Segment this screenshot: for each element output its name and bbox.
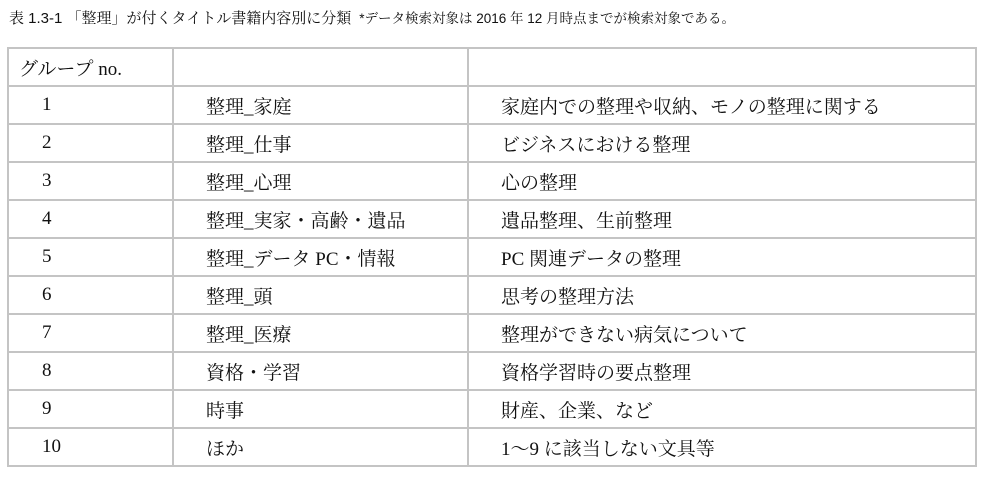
table-row: 4 整理_実家・高齢・遺品 遺品整理、生前整理: [8, 200, 976, 238]
description-cell: 心の整理: [468, 162, 976, 200]
group-no-cell: 6: [8, 276, 173, 314]
group-no-cell: 9: [8, 390, 173, 428]
classification-table: グループ no. 1 整理_家庭 家庭内での整理や収納、モノの整理に関する 2 …: [7, 47, 977, 467]
category-cell: 整理_医療: [173, 314, 468, 352]
category-cell: 整理_頭: [173, 276, 468, 314]
category-cell: 整理_データ PC・情報: [173, 238, 468, 276]
table-row: 10 ほか 1～9 に該当しない文具等: [8, 428, 976, 466]
description-cell: 整理ができない病気について: [468, 314, 976, 352]
group-no-cell: 2: [8, 124, 173, 162]
table-row: 1 整理_家庭 家庭内での整理や収納、モノの整理に関する: [8, 86, 976, 124]
table-caption: 表 1.3-1 「整理」が付くタイトル書籍内容別に分類*データ検索対象は 201…: [9, 9, 735, 29]
table-row: 8 資格・学習 資格学習時の要点整理: [8, 352, 976, 390]
description-cell: 財産、企業、など: [468, 390, 976, 428]
table-row: 6 整理_頭 思考の整理方法: [8, 276, 976, 314]
group-no-cell: 10: [8, 428, 173, 466]
category-cell: 整理_実家・高齢・遺品: [173, 200, 468, 238]
group-no-cell: 4: [8, 200, 173, 238]
group-no-cell: 1: [8, 86, 173, 124]
description-cell: ビジネスにおける整理: [468, 124, 976, 162]
table-header-row: グループ no.: [8, 48, 976, 86]
table-row: 2 整理_仕事 ビジネスにおける整理: [8, 124, 976, 162]
description-cell: 家庭内での整理や収納、モノの整理に関する: [468, 86, 976, 124]
table-row: 7 整理_医療 整理ができない病気について: [8, 314, 976, 352]
description-cell: 思考の整理方法: [468, 276, 976, 314]
category-cell: ほか: [173, 428, 468, 466]
category-cell: 資格・学習: [173, 352, 468, 390]
header-group-no: グループ no.: [8, 48, 173, 86]
table-note: *データ検索対象は 2016 年 12 月時点までが検索対象である。: [359, 11, 735, 26]
group-no-cell: 7: [8, 314, 173, 352]
group-no-cell: 5: [8, 238, 173, 276]
table-title: 表 1.3-1 「整理」が付くタイトル書籍内容別に分類: [9, 10, 351, 27]
table-row: 5 整理_データ PC・情報 PC 関連データの整理: [8, 238, 976, 276]
description-cell: PC 関連データの整理: [468, 238, 976, 276]
category-cell: 整理_仕事: [173, 124, 468, 162]
table-row: 3 整理_心理 心の整理: [8, 162, 976, 200]
group-no-cell: 3: [8, 162, 173, 200]
table-row: 9 時事 財産、企業、など: [8, 390, 976, 428]
header-category: [173, 48, 468, 86]
category-cell: 整理_心理: [173, 162, 468, 200]
category-cell: 時事: [173, 390, 468, 428]
description-cell: 資格学習時の要点整理: [468, 352, 976, 390]
header-description: [468, 48, 976, 86]
description-cell: 1～9 に該当しない文具等: [468, 428, 976, 466]
description-cell: 遺品整理、生前整理: [468, 200, 976, 238]
category-cell: 整理_家庭: [173, 86, 468, 124]
group-no-cell: 8: [8, 352, 173, 390]
